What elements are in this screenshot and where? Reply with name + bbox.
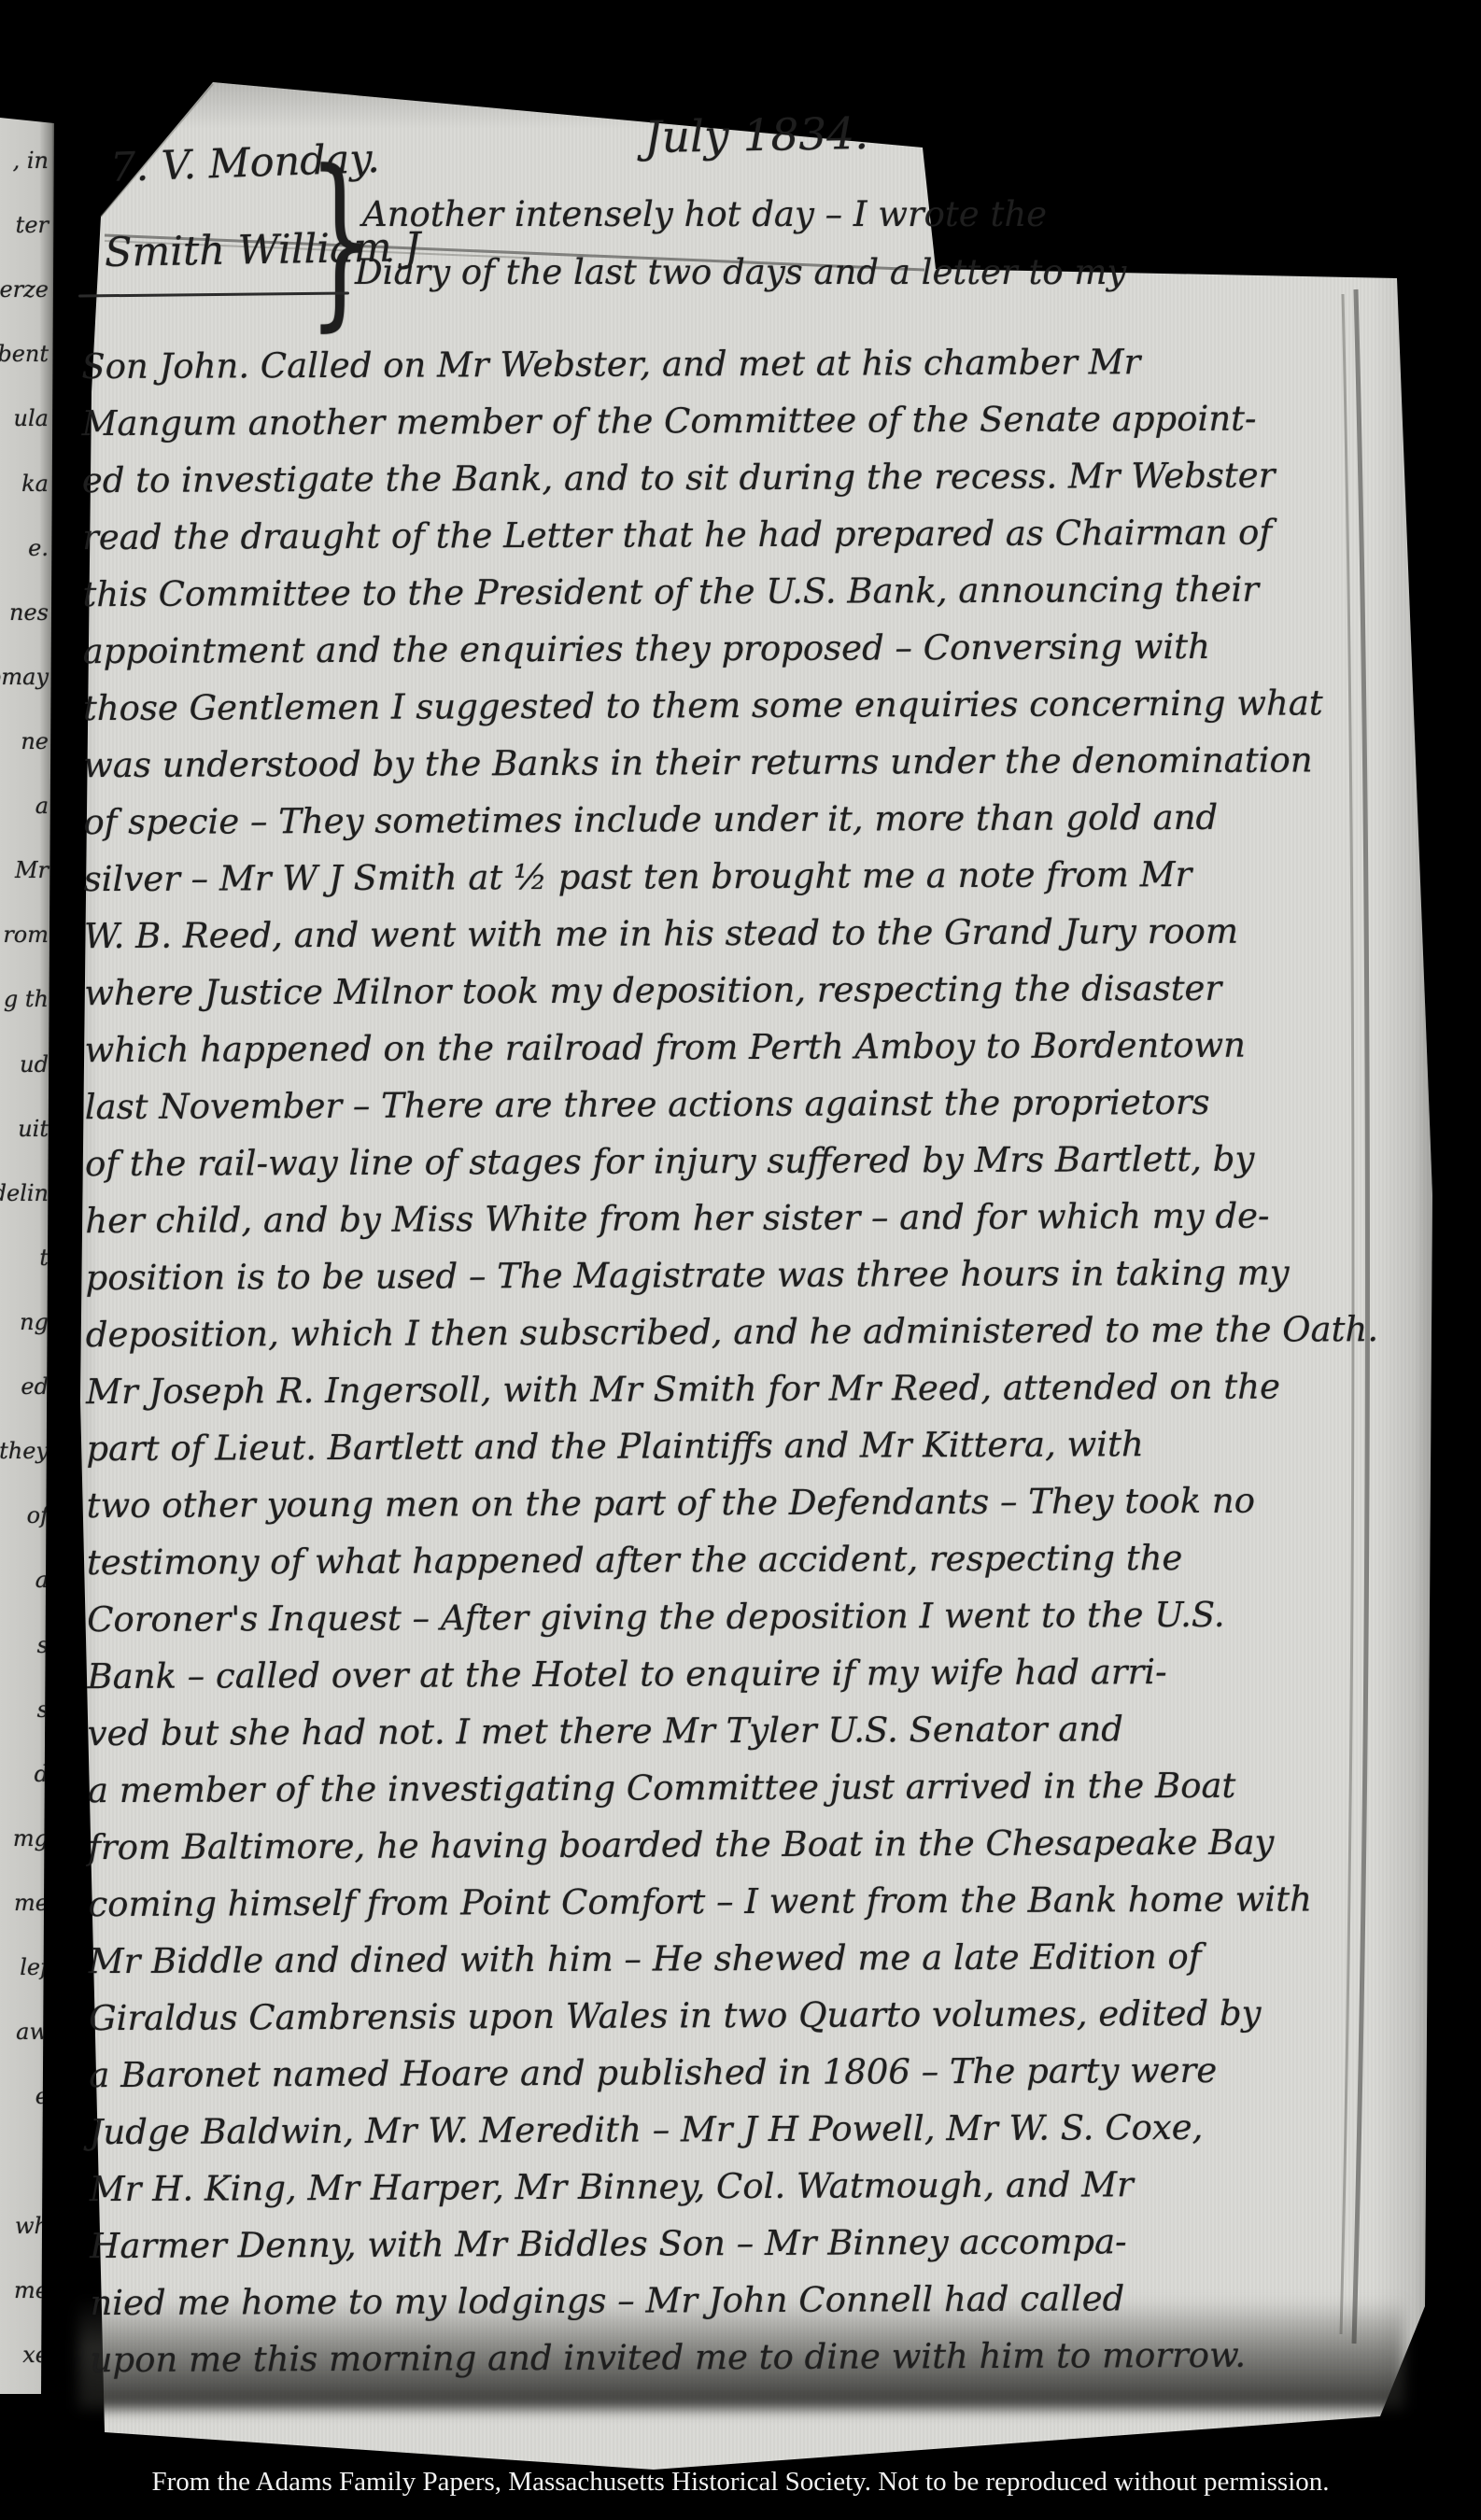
manuscript-line: deposition, which I then subscribed, and… xyxy=(86,1303,1421,1366)
manuscript-line: Judge Baldwin, Mr W. Meredith – Mr J H P… xyxy=(89,2101,1424,2163)
manuscript-line: Diary of the last two days and a letter … xyxy=(355,252,1126,292)
manuscript-line: Mangum another member of the Committee o… xyxy=(81,392,1417,455)
manuscript-line: two other young men on the part of the D… xyxy=(87,1474,1422,1537)
manuscript-line: this Committee to the President of the U… xyxy=(82,563,1418,626)
archive-caption: From the Adams Family Papers, Massachuse… xyxy=(0,2467,1481,2498)
manuscript-line: of specie – They sometimes include under… xyxy=(83,791,1418,853)
manuscript-line: of the rail-way line of stages for injur… xyxy=(85,1133,1420,1195)
manuscript-line: read the draught of the Letter that he h… xyxy=(82,506,1418,569)
manuscript-line: Harmer Denny, with Mr Biddles Son – Mr B… xyxy=(90,2215,1425,2277)
manuscript-line: position is to be used – The Magistrate … xyxy=(85,1246,1420,1309)
manuscript-line: last November – There are three actions … xyxy=(85,1076,1420,1138)
manuscript-line: those Gentlemen I suggested to them some… xyxy=(83,677,1418,739)
manuscript-line: Mr Joseph R. Ingersoll, with Mr Smith fo… xyxy=(86,1360,1421,1423)
manuscript-line: Mr Biddle and dined with him – He shewed… xyxy=(89,1930,1424,1992)
manuscript-line: where Justice Milnor took my deposition,… xyxy=(84,962,1419,1024)
manuscript-line: Giraldus Cambrensis upon Wales in two Qu… xyxy=(89,1987,1424,2049)
manuscript-line: part of Lieut. Bartlett and the Plaintif… xyxy=(86,1417,1421,1480)
manuscript-line: Bank – called over at the Hotel to enqui… xyxy=(87,1645,1422,1708)
manuscript-line: Another intensely hot day – I wrote the xyxy=(362,194,1047,234)
manuscript-line: coming himself from Point Comfort – I we… xyxy=(88,1873,1423,1936)
entry-body: Son John. Called on Mr Webster, and met … xyxy=(81,335,1426,2391)
entry-header-brace: } xyxy=(308,133,373,348)
manuscript-line: appointment and the enquiries they propo… xyxy=(83,620,1418,683)
manuscript-line: was understood by the Banks in their ret… xyxy=(83,734,1418,796)
date-heading: July 1834. xyxy=(570,107,944,165)
handwriting-layer: July 1834. 7. V. Monday. Smith William J… xyxy=(0,0,1481,2520)
manuscript-line: silver – Mr W J Smith at ½ past ten brou… xyxy=(84,848,1419,910)
manuscript-line: Coroner's Inquest – After giving the dep… xyxy=(87,1588,1422,1651)
manuscript-line: Son John. Called on Mr Webster, and met … xyxy=(81,335,1417,398)
manuscript-line: W. B. Reed, and went with me in his stea… xyxy=(84,905,1419,967)
manuscript-line: ved but she had not. I met there Mr Tyle… xyxy=(88,1702,1423,1765)
manuscript-line: upon me this morning and invited me to d… xyxy=(91,2329,1426,2391)
manuscript-line: ed to investigate the Bank, and to sit d… xyxy=(82,449,1418,512)
manuscript-line: a Baronet named Hoare and published in 1… xyxy=(89,2044,1424,2106)
manuscript-scan: , intererzebentulakae.nesomayneaMrromg t… xyxy=(0,0,1481,2520)
manuscript-line: nied me home to my lodgings – Mr John Co… xyxy=(90,2272,1425,2334)
manuscript-line: from Baltimore, he having boarded the Bo… xyxy=(88,1816,1423,1879)
manuscript-line: testimony of what happened after the acc… xyxy=(87,1531,1422,1594)
manuscript-line: which happened on the railroad from Pert… xyxy=(84,1019,1419,1081)
manuscript-line: a member of the investigating Committee … xyxy=(88,1759,1423,1822)
manuscript-line: her child, and by Miss White from her si… xyxy=(85,1190,1420,1252)
manuscript-line: Mr H. King, Mr Harper, Mr Binney, Col. W… xyxy=(90,2158,1425,2220)
